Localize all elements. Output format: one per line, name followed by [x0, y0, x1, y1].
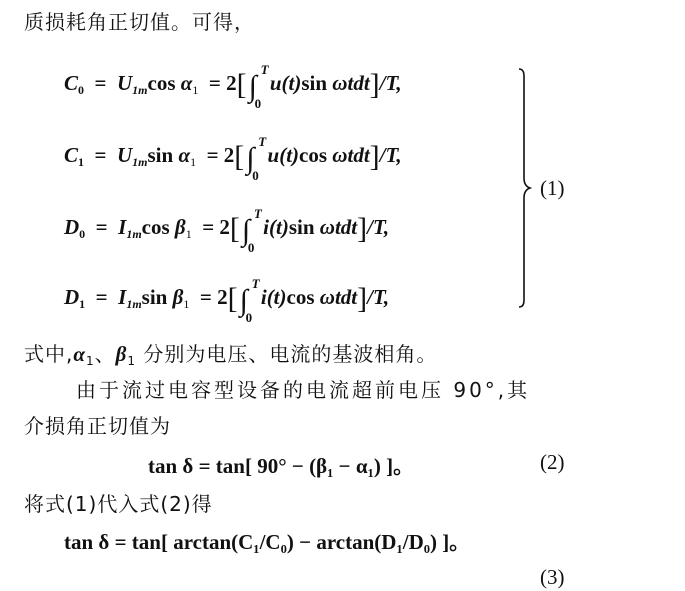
equation-number-2: (2)	[540, 450, 565, 475]
equation-3: tan δ = tan[ arctan(C₁/C₀) − arctan(D₁/D…	[64, 526, 470, 556]
note-text: 式中,α1、β1 分别为电压、电流的基波相角。	[24, 338, 437, 368]
equation-c0: C0 = U1mcos α1 = 2[∫T0 u(t)sin ωtdt]/T,	[64, 68, 402, 104]
equation-c1: C1 = U1msin α1 = 2[∫T0 u(t)cos ωtdt]/T,	[64, 140, 402, 176]
substitute-text: 将式(1)代入式(2)得	[24, 488, 213, 517]
equation-d1: D1 = I1msin β1 = 2[∫T0 i(t)cos ωtdt]/T,	[64, 282, 389, 318]
equation-number-1: (1)	[540, 176, 565, 201]
equation-2: tan δ = tan[ 90° − (β₁ − α₁) ]。	[148, 450, 414, 480]
reason-text-line-1: 由于流过电容型设备的电流超前电压 90°,其	[76, 374, 530, 403]
intro-text: 质损耗角正切值。可得，	[24, 6, 255, 35]
equation-number-3: (3)	[540, 565, 565, 590]
equation-d0: D0 = I1mcos β1 = 2[∫T0 i(t)sin ωtdt]/T,	[64, 212, 389, 248]
right-brace-icon	[518, 68, 532, 308]
reason-text-line-2: 介损角正切值为	[24, 410, 171, 439]
